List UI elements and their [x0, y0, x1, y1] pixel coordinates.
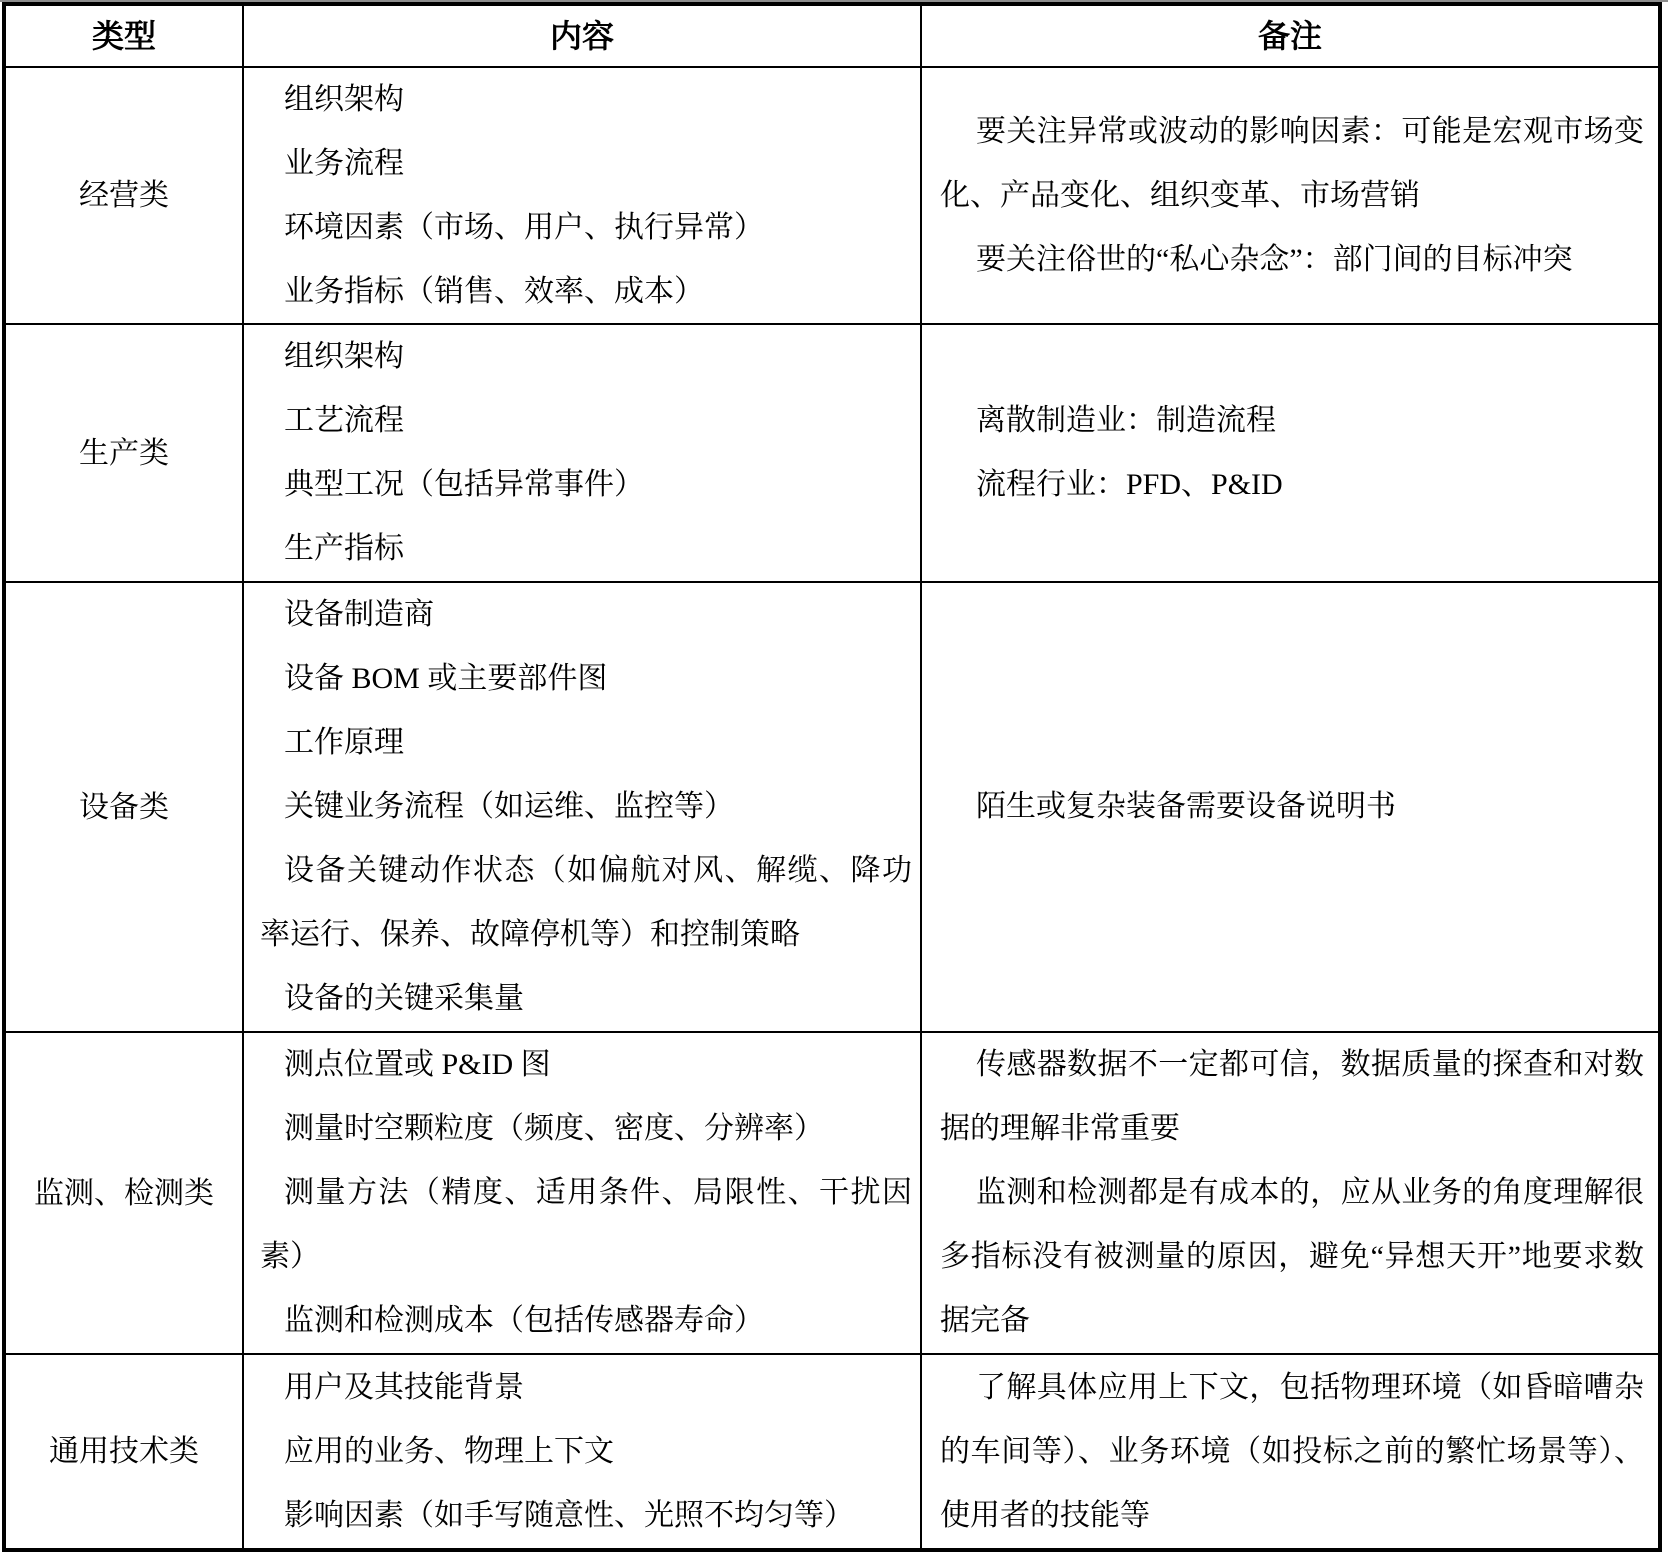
- content-item: 典型工况（包括异常事件）: [260, 453, 912, 517]
- content-item: 组织架构: [260, 68, 912, 132]
- content-item: 关键业务流程（如运维、监控等）: [260, 775, 912, 839]
- type-cell-business: 经营类: [6, 68, 244, 325]
- content-item: 业务流程: [260, 132, 912, 196]
- type-cell-production: 生产类: [6, 325, 244, 583]
- content-item: 测量时空颗粒度（频度、密度、分辨率）: [260, 1097, 912, 1161]
- content-item: 影响因素（如手写随意性、光照不均匀等）: [260, 1484, 912, 1548]
- remarks-cell-monitoring: 传感器数据不一定都可信，数据质量的探查和对数据的理解非常重要 监测和检测都是有成…: [922, 1033, 1658, 1355]
- content-cell-business: 组织架构 业务流程 环境因素（市场、用户、执行异常） 业务指标（销售、效率、成本…: [244, 68, 922, 325]
- type-label: 监测、检测类: [34, 1174, 214, 1213]
- type-cell-monitoring: 监测、检测类: [6, 1033, 244, 1355]
- remark-paragraph: 了解具体应用上下文，包括物理环境（如昏暗嘈杂的车间等）、业务环境（如投标之前的繁…: [940, 1356, 1644, 1548]
- column-header-content-label: 内容: [550, 17, 614, 55]
- knowledge-types-table: 类型 内容 备注 经营类 组织架构 业务流程 环境因素（市场、用户、执行异常） …: [2, 2, 1662, 1552]
- column-header-content: 内容: [244, 6, 922, 68]
- column-header-remarks: 备注: [922, 6, 1658, 68]
- remark-paragraph: 流程行业：PFD、P&ID: [940, 453, 1644, 517]
- content-cell-general-tech: 用户及其技能背景 应用的业务、物理上下文 影响因素（如手写随意性、光照不均匀等）: [244, 1355, 922, 1548]
- content-cell-equipment: 设备制造商 设备 BOM 或主要部件图 工作原理 关键业务流程（如运维、监控等）…: [244, 583, 922, 1033]
- content-item: 应用的业务、物理上下文: [260, 1420, 912, 1484]
- document-page: 类型 内容 备注 经营类 组织架构 业务流程 环境因素（市场、用户、执行异常） …: [0, 0, 1668, 1555]
- remarks-cell-general-tech: 了解具体应用上下文，包括物理环境（如昏暗嘈杂的车间等）、业务环境（如投标之前的繁…: [922, 1355, 1658, 1548]
- remarks-cell-equipment: 陌生或复杂装备需要设备说明书: [922, 583, 1658, 1033]
- remark-paragraph: 传感器数据不一定都可信，数据质量的探查和对数据的理解非常重要: [940, 1033, 1644, 1161]
- remark-paragraph: 要关注俗世的“私心杂念”：部门间的目标冲突: [940, 228, 1644, 292]
- column-header-remarks-label: 备注: [1258, 17, 1322, 55]
- content-item: 设备的关键采集量: [260, 967, 912, 1031]
- remark-paragraph: 监测和检测都是有成本的，应从业务的角度理解很多指标没有被测量的原因，避免“异想天…: [940, 1161, 1644, 1353]
- type-cell-equipment: 设备类: [6, 583, 244, 1033]
- remarks-cell-production: 离散制造业：制造流程 流程行业：PFD、P&ID: [922, 325, 1658, 583]
- content-item: 工艺流程: [260, 389, 912, 453]
- content-item: 测点位置或 P&ID 图: [260, 1033, 912, 1097]
- content-cell-monitoring: 测点位置或 P&ID 图 测量时空颗粒度（频度、密度、分辨率） 测量方法（精度、…: [244, 1033, 922, 1355]
- remark-paragraph: 要关注异常或波动的影响因素：可能是宏观市场变化、产品变化、组织变革、市场营销: [940, 100, 1644, 228]
- content-item: 监测和检测成本（包括传感器寿命）: [260, 1289, 912, 1353]
- type-label: 生产类: [79, 434, 169, 473]
- content-item: 测量方法（精度、适用条件、局限性、干扰因素）: [260, 1161, 912, 1289]
- type-label: 设备类: [79, 788, 169, 827]
- content-item: 设备制造商: [260, 583, 912, 647]
- column-header-type-label: 类型: [92, 17, 156, 55]
- remark-paragraph: 离散制造业：制造流程: [940, 389, 1644, 453]
- type-label: 通用技术类: [49, 1432, 199, 1471]
- content-item: 工作原理: [260, 711, 912, 775]
- content-item: 用户及其技能背景: [260, 1356, 912, 1420]
- content-item: 生产指标: [260, 517, 912, 581]
- content-item: 组织架构: [260, 325, 912, 389]
- content-cell-production: 组织架构 工艺流程 典型工况（包括异常事件） 生产指标: [244, 325, 922, 583]
- content-item: 业务指标（销售、效率、成本）: [260, 260, 912, 324]
- column-header-type: 类型: [6, 6, 244, 68]
- content-item: 设备 BOM 或主要部件图: [260, 647, 912, 711]
- content-item: 环境因素（市场、用户、执行异常）: [260, 196, 912, 260]
- remarks-cell-business: 要关注异常或波动的影响因素：可能是宏观市场变化、产品变化、组织变革、市场营销 要…: [922, 68, 1658, 325]
- remark-paragraph: 陌生或复杂装备需要设备说明书: [940, 775, 1644, 839]
- type-label: 经营类: [79, 176, 169, 215]
- type-cell-general-tech: 通用技术类: [6, 1355, 244, 1548]
- content-item: 设备关键动作状态（如偏航对风、解缆、降功率运行、保养、故障停机等）和控制策略: [260, 839, 912, 967]
